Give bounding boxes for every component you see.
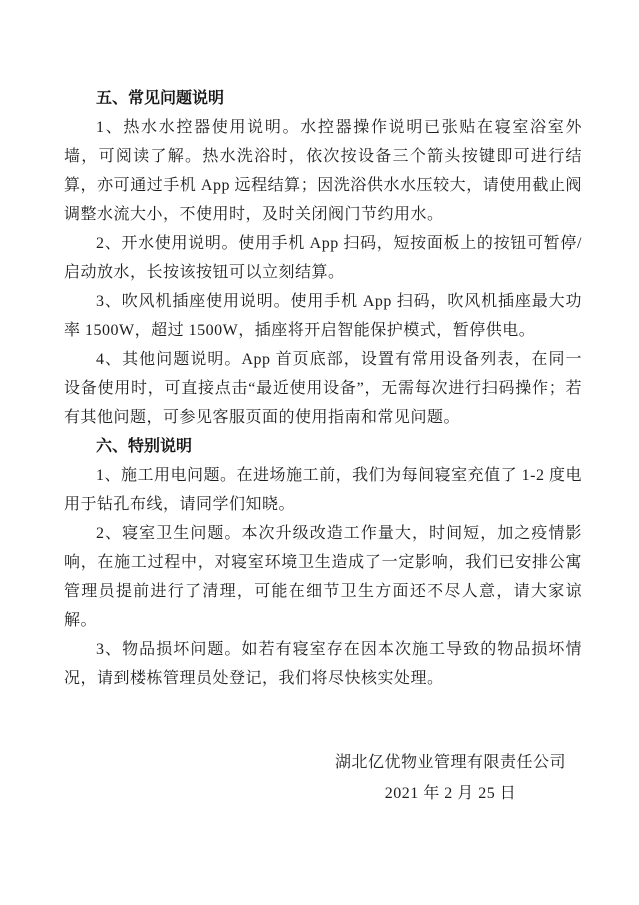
paragraph-hot-water-controller: 1、热水水控器使用说明。水控器操作说明已张贴在寝室浴室外墙，可阅读了解。热水洗浴…	[64, 113, 582, 229]
paragraph-construction-electricity: 1、施工用电问题。在进场施工前，我们为每间寝室充值了 1-2 度电用于钻孔布线，…	[64, 461, 582, 519]
signature-company-name: 湖北亿优物业管理有限责任公司	[335, 747, 566, 778]
paragraph-other-issues: 4、其他问题说明。App 首页底部，设置有常用设备列表，在同一设备使用时，可直接…	[64, 345, 582, 432]
paragraph-dorm-hygiene: 2、寝室卫生问题。本次升级改造工作量大，时间短，加之疫情影响，在施工过程中，对寝…	[64, 519, 582, 635]
paragraph-property-damage: 3、物品损坏问题。如若有寝室存在因本次施工导致的物品损坏情况，请到楼栋管理员处登…	[64, 635, 582, 693]
section-heading-special-notes: 六、特别说明	[64, 432, 582, 461]
paragraph-hairdryer-socket: 3、吹风机插座使用说明。使用手机 App 扫码，吹风机插座最大功率 1500W，…	[64, 287, 582, 345]
document-page: 五、常见问题说明 1、热水水控器使用说明。水控器操作说明已张贴在寝室浴室外墙，可…	[0, 0, 639, 905]
signature-date: 2021 年 2 月 25 日	[335, 778, 566, 809]
section-heading-faq: 五、常见问题说明	[64, 84, 582, 113]
signature-block: 湖北亿优物业管理有限责任公司 2021 年 2 月 25 日	[335, 747, 566, 809]
paragraph-drinking-water: 2、开水使用说明。使用手机 App 扫码，短按面板上的按钮可暂停/启动放水，长按…	[64, 229, 582, 287]
